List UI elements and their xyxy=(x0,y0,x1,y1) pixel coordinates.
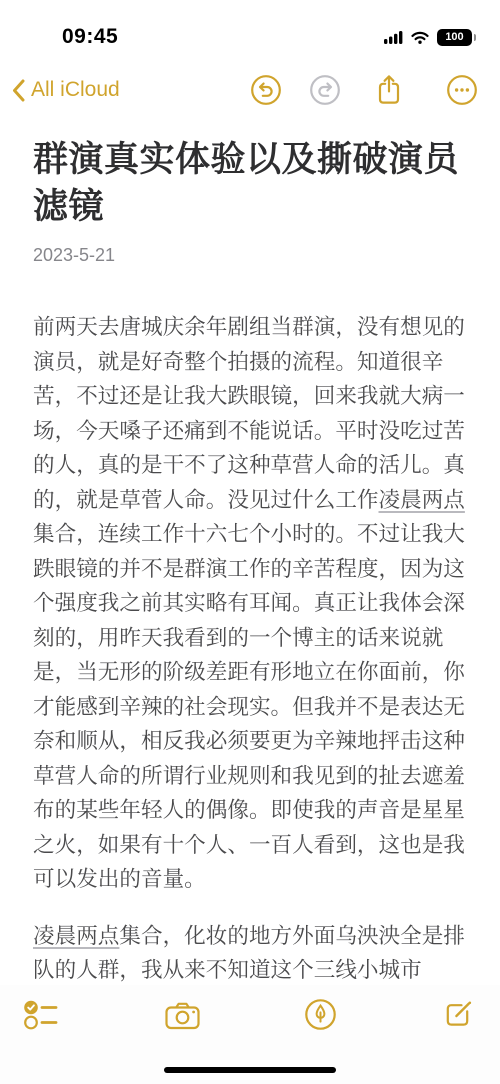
more-options-button[interactable] xyxy=(446,74,478,106)
notes-app-screen: { "status_bar": { "time": "09:45", "batt… xyxy=(0,0,500,1084)
note-body: 前两天去唐城庆余年剧组当群演，没有想见的演员，就是好奇整个拍摄的流程。知道很辛苦… xyxy=(33,310,469,988)
note-date: 2023-5-21 xyxy=(33,245,469,266)
battery-cap xyxy=(474,34,477,41)
toolbar-icons xyxy=(0,985,500,1031)
back-button[interactable]: All iCloud xyxy=(12,78,120,102)
share-button[interactable] xyxy=(374,73,404,107)
status-icons: 100 xyxy=(384,29,476,46)
cellular-signal-icon xyxy=(384,31,403,44)
markup-pen-button[interactable] xyxy=(304,998,337,1031)
redo-button[interactable] xyxy=(309,74,341,106)
note-text-segment: 集合，连续工作十六七个小时的。不过让我大跌眼镜的并不是群演工作的辛苦程度，因为这… xyxy=(33,521,465,891)
home-indicator[interactable] xyxy=(164,1067,336,1073)
back-button-label: All iCloud xyxy=(31,78,120,102)
detected-time-link[interactable]: 凌晨两点 xyxy=(379,487,465,512)
chevron-left-icon xyxy=(12,79,25,102)
wifi-icon xyxy=(411,31,429,44)
checklist-button[interactable] xyxy=(23,999,60,1030)
nav-bar: All iCloud xyxy=(0,62,500,118)
nav-actions xyxy=(250,73,478,107)
detected-time-link[interactable]: 凌晨两点 xyxy=(33,923,119,948)
note-editor[interactable]: 群演真实体验以及撕破演员滤镜 2023-5-21 前两天去唐城庆余年剧组当群演，… xyxy=(0,118,500,1084)
compose-button[interactable] xyxy=(441,998,475,1031)
undo-button[interactable] xyxy=(250,74,282,106)
note-title: 群演真实体验以及撕破演员滤镜 xyxy=(33,136,469,230)
camera-button[interactable] xyxy=(164,1000,201,1030)
bottom-toolbar xyxy=(0,985,500,1084)
note-paragraph: 凌晨两点集合，化妆的地方外面乌泱泱全是排队的人群，我从来不知道这个三线小城市 xyxy=(33,919,469,988)
status-bar: 09:45 100 xyxy=(0,0,500,60)
note-paragraph: 前两天去唐城庆余年剧组当群演，没有想见的演员，就是好奇整个拍摄的流程。知道很辛苦… xyxy=(33,310,469,897)
battery-icon: 100 xyxy=(437,29,476,46)
note-text-segment: 前两天去唐城庆余年剧组当群演，没有想见的演员，就是好奇整个拍摄的流程。知道很辛苦… xyxy=(33,314,465,512)
battery-percent: 100 xyxy=(437,29,472,46)
clock: 09:45 xyxy=(62,25,118,49)
